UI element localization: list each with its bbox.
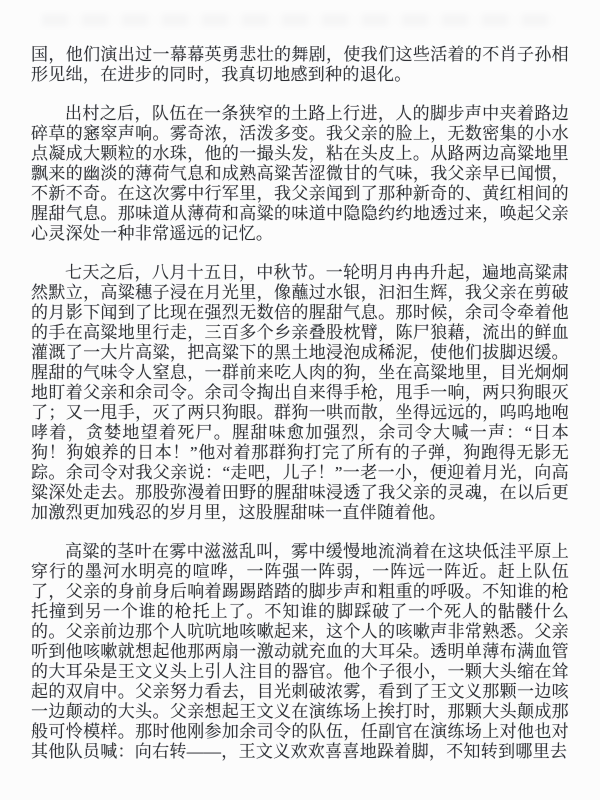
paragraph-continuation: 国，他们演出过一幕幕英勇悲壮的舞剧，使我们这些活着的不肖子孙相形见绌，在进步的同… [31,45,569,85]
body-text: 国，他们演出过一幕幕英勇悲壮的舞剧，使我们这些活着的不肖子孙相形见绌，在进步的同… [31,45,569,781]
document-page: 国，他们演出过一幕幕英勇悲壮的舞剧，使我们这些活着的不肖子孙相形见绌，在进步的同… [0,0,600,800]
paragraph-leaving-village: 出村之后，队伍在一条狭窄的土路上行进，人的脚步声中夹着路边碎草的窸窣声响。雾奇浓… [31,104,569,244]
paragraph-mid-autumn: 七天之后，八月十五日，中秋节。一轮明月冉冉升起，遍地高粱肃然默立，高粱穗子浸在月… [31,263,569,523]
paragraph-sorghum-fog: 高粱的茎叶在雾中滋滋乱叫，雾中缓慢地流淌着在这块低洼平原上穿行的墨河水明亮的喧哗… [31,542,569,762]
page-top-bleedthrough-artifact [42,14,558,26]
